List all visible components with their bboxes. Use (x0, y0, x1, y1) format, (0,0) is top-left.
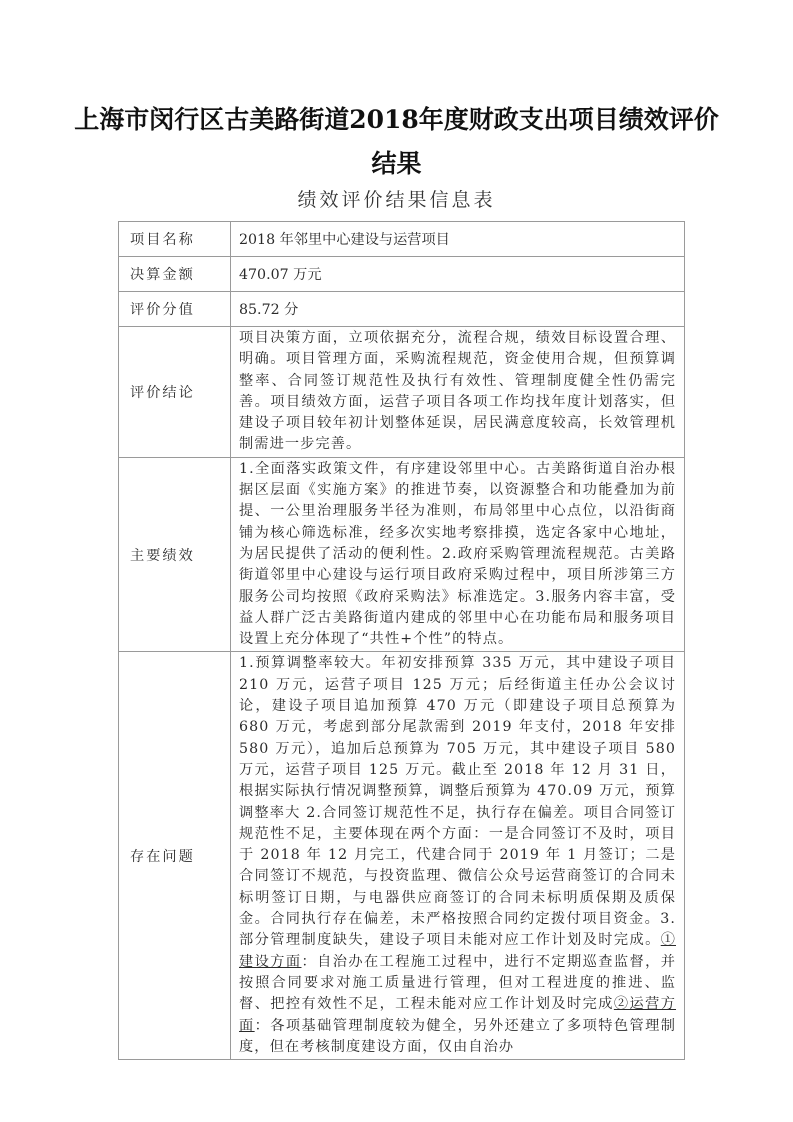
issues-text-part-3: ：各项基础管理制度较为健全，另外还建立了多项特色管理制度，但在考核制度建设方面，… (239, 1018, 676, 1055)
row-label-conclusion: 评价结论 (119, 327, 231, 458)
row-label-score: 评价分值 (119, 292, 231, 327)
row-label-main-performance: 主要绩效 (119, 457, 231, 652)
issues-text-part-2: ：自治办在工程施工过程中，进行不定期巡查监督，并按照合同要求对施工质量进行管理，… (239, 954, 676, 1013)
table-row: 主要绩效 1.全面落实政策文件，有序建设邻里中心。古美路街道自治办根据区层面《实… (119, 457, 685, 652)
table-row: 评价分值 85.72 分 (119, 292, 685, 327)
evaluation-result-table: 项目名称 2018 年邻里中心建设与运营项目 决算金额 470.07 万元 评价… (118, 221, 685, 1060)
document-title: 上海市闵行区古美路街道2018年度财政支出项目绩效评价 结果 (60, 98, 733, 186)
table-row: 项目名称 2018 年邻里中心建设与运营项目 (119, 222, 685, 257)
row-value-conclusion: 项目决策方面，立项依据充分，流程合规，绩效目标设置合理、明确。项目管理方面，采购… (231, 327, 685, 458)
title-line-1: 上海市闵行区古美路街道2018年度财政支出项目绩效评价 (60, 98, 733, 142)
row-value-main-performance: 1.全面落实政策文件，有序建设邻里中心。古美路街道自治办根据区层面《实施方案》的… (231, 457, 685, 652)
row-label-project-name: 项目名称 (119, 222, 231, 257)
issues-text-part-1: 1.预算调整率较大。年初安排预算 335 万元，其中建设子项目 210 万元，运… (239, 655, 676, 948)
title-line-2: 结果 (60, 142, 733, 186)
row-value-final-amount: 470.07 万元 (231, 257, 685, 292)
row-label-final-amount: 决算金额 (119, 257, 231, 292)
row-value-issues: 1.预算调整率较大。年初安排预算 335 万元，其中建设子项目 210 万元，运… (231, 652, 685, 1060)
row-value-score: 85.72 分 (231, 292, 685, 327)
table-row: 评价结论 项目决策方面，立项依据充分，流程合规，绩效目标设置合理、明确。项目管理… (119, 327, 685, 458)
row-value-project-name: 2018 年邻里中心建设与运营项目 (231, 222, 685, 257)
row-label-issues: 存在问题 (119, 652, 231, 1060)
table-row: 决算金额 470.07 万元 (119, 257, 685, 292)
table-row: 存在问题 1.预算调整率较大。年初安排预算 335 万元，其中建设子项目 210… (119, 652, 685, 1060)
table-caption: 绩效评价结果信息表 (0, 185, 793, 212)
